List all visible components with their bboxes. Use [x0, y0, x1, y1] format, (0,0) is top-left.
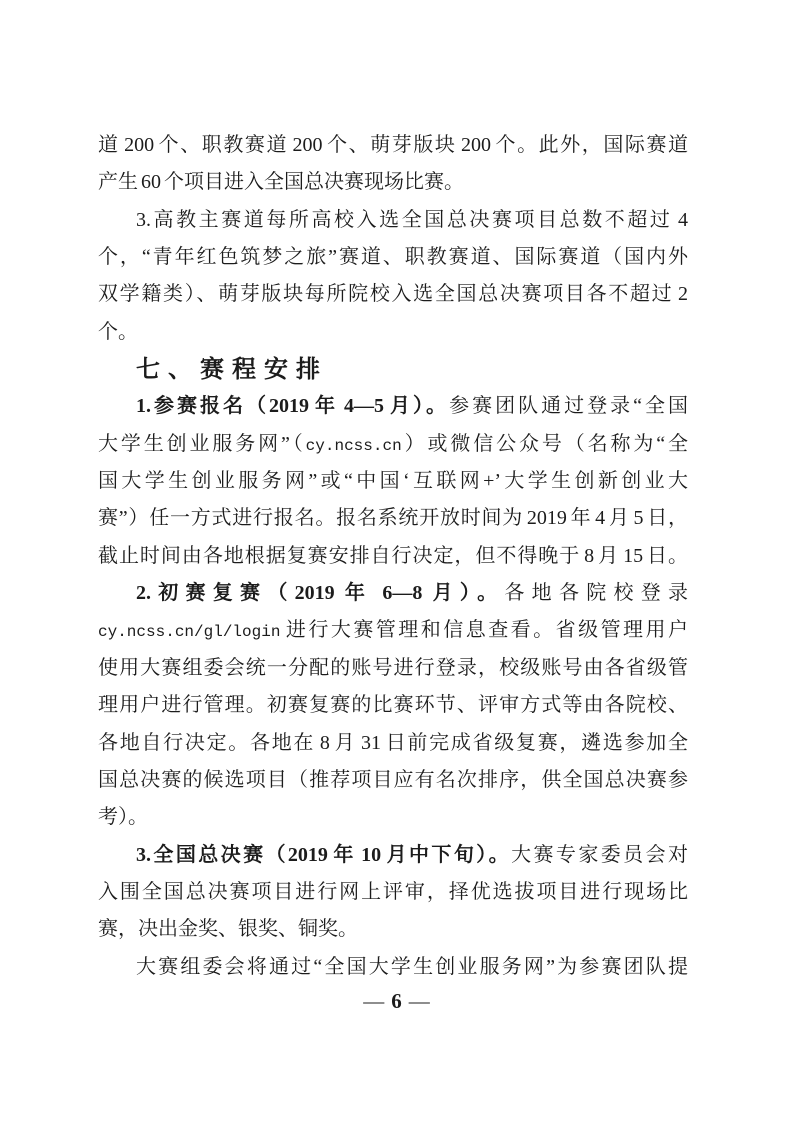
text-line: 理用户进行管理。初赛复赛的比赛环节、评审方式等由各院校、: [98, 687, 688, 724]
text-run: 参赛团队通过登录“全国: [449, 395, 688, 417]
text-run: 各地自行决定。各地在 8 月 31 日前完成省级复赛，遴选参加全: [98, 732, 688, 754]
text-run: 国大学生创业服务网”或“中国‘互联网+’大学生创新创业大: [98, 470, 688, 492]
page-number: 6: [391, 989, 402, 1013]
url-text: cy.ncss.cn/gl/login: [98, 623, 280, 641]
url-text: cy.ncss.cn: [306, 437, 402, 455]
page-footer: —6—: [0, 987, 793, 1015]
heading-text: 七、赛程安排: [136, 356, 328, 383]
document-text: 道 200 个、职教赛道 200 个、萌芽版块 200 个。此外，国际赛道产生 …: [98, 127, 688, 986]
document-page: 道 200 个、职教赛道 200 个、萌芽版块 200 个。此外，国际赛道产生 …: [0, 0, 793, 1122]
text-line: 道 200 个、职教赛道 200 个、萌芽版块 200 个。此外，国际赛道: [98, 127, 688, 164]
text-run: 入围全国总决赛项目进行网上评审，择优选拔项目进行现场比: [98, 881, 688, 903]
bold-heading-run: 1.参赛报名（2019 年 4—5 月）。: [136, 395, 449, 417]
text-run: 赛，决出金奖、银奖、铜奖。: [98, 918, 358, 940]
text-line: 国总决赛的候选项目（推荐项目应有名次排序，供全国总决赛参: [98, 762, 688, 799]
bold-heading-run: 2.初赛复赛（2019 年 6—8 月）。: [136, 582, 504, 604]
text-run: 个。: [98, 321, 138, 343]
text-line: 使用大赛组委会统一分配的账号进行登录，校级账号由各省级管: [98, 650, 688, 687]
text-run: 大学生创业服务网”（: [98, 433, 306, 455]
footer-left-dash: —: [363, 989, 384, 1013]
text-run: 进行大赛管理和信息查看。省级管理用户: [280, 619, 688, 641]
text-run: 大赛专家委员会对: [511, 844, 688, 866]
text-line: 大学生创业服务网”（cy.ncss.cn）或微信公众号（名称为“全: [98, 426, 688, 463]
text-run: 大赛组委会将通过“全国大学生创业服务网”为参赛团队提: [136, 956, 688, 978]
text-run: 赛”）任一方式进行报名。报名系统开放时间为 2019 年 4 月 5 日，: [98, 507, 688, 529]
text-run: 各地各院校登录: [504, 582, 688, 604]
text-line: 3.高教主赛道每所高校入选全国总决赛项目总数不超过 4: [98, 202, 688, 239]
text-line: 赛”）任一方式进行报名。报名系统开放时间为 2019 年 4 月 5 日，: [98, 500, 688, 537]
text-line: 1.参赛报名（2019 年 4—5 月）。参赛团队通过登录“全国: [98, 388, 688, 425]
text-run: 双学籍类）、萌芽版块每所院校入选全国总决赛项目各不超过 2: [98, 283, 688, 305]
text-line: 各地自行决定。各地在 8 月 31 日前完成省级复赛，遴选参加全: [98, 725, 688, 762]
text-run: 使用大赛组委会统一分配的账号进行登录，校级账号由各省级管: [98, 657, 688, 679]
text-line: 赛，决出金奖、银奖、铜奖。: [98, 911, 688, 948]
text-line: 3.全国总决赛（2019 年 10 月中下旬）。大赛专家委员会对: [98, 837, 688, 874]
section-heading: 七、赛程安排: [98, 351, 688, 388]
text-run: 国总决赛的候选项目（推荐项目应有名次排序，供全国总决赛参: [98, 769, 688, 791]
text-line: 考）。: [98, 799, 688, 836]
text-run: 个，“青年红色筑梦之旅”赛道、职教赛道、国际赛道（国内外: [98, 246, 688, 268]
text-run: 理用户进行管理。初赛复赛的比赛环节、评审方式等由各院校、: [98, 694, 688, 716]
text-line: 产生 60 个项目进入全国总决赛现场比赛。: [98, 164, 688, 201]
text-line: 双学籍类）、萌芽版块每所院校入选全国总决赛项目各不超过 2: [98, 276, 688, 313]
text-run: 考）。: [98, 806, 148, 828]
text-line: 大赛组委会将通过“全国大学生创业服务网”为参赛团队提: [98, 949, 688, 986]
text-run: 道 200 个、职教赛道 200 个、萌芽版块 200 个。此外，国际赛道: [98, 134, 688, 156]
bold-heading-run: 3.全国总决赛（2019 年 10 月中下旬）。: [136, 844, 511, 866]
text-line: 入围全国总决赛项目进行网上评审，择优选拔项目进行现场比: [98, 874, 688, 911]
text-line: cy.ncss.cn/gl/login 进行大赛管理和信息查看。省级管理用户: [98, 612, 688, 649]
text-line: 个，“青年红色筑梦之旅”赛道、职教赛道、国际赛道（国内外: [98, 239, 688, 276]
text-run: 产生 60 个项目进入全国总决赛现场比赛。: [98, 171, 464, 193]
text-run: ）或微信公众号（名称为“全: [402, 433, 688, 455]
text-line: 国大学生创业服务网”或“中国‘互联网+’大学生创新创业大: [98, 463, 688, 500]
text-line: 截止时间由各地根据复赛安排自行决定，但不得晚于 8 月 15 日。: [98, 538, 688, 575]
text-line: 个。: [98, 314, 688, 351]
text-line: 2.初赛复赛（2019 年 6—8 月）。各地各院校登录: [98, 575, 688, 612]
text-run: 3.高教主赛道每所高校入选全国总决赛项目总数不超过 4: [136, 209, 688, 231]
footer-right-dash: —: [409, 989, 430, 1013]
text-run: 截止时间由各地根据复赛安排自行决定，但不得晚于 8 月 15 日。: [98, 545, 688, 567]
